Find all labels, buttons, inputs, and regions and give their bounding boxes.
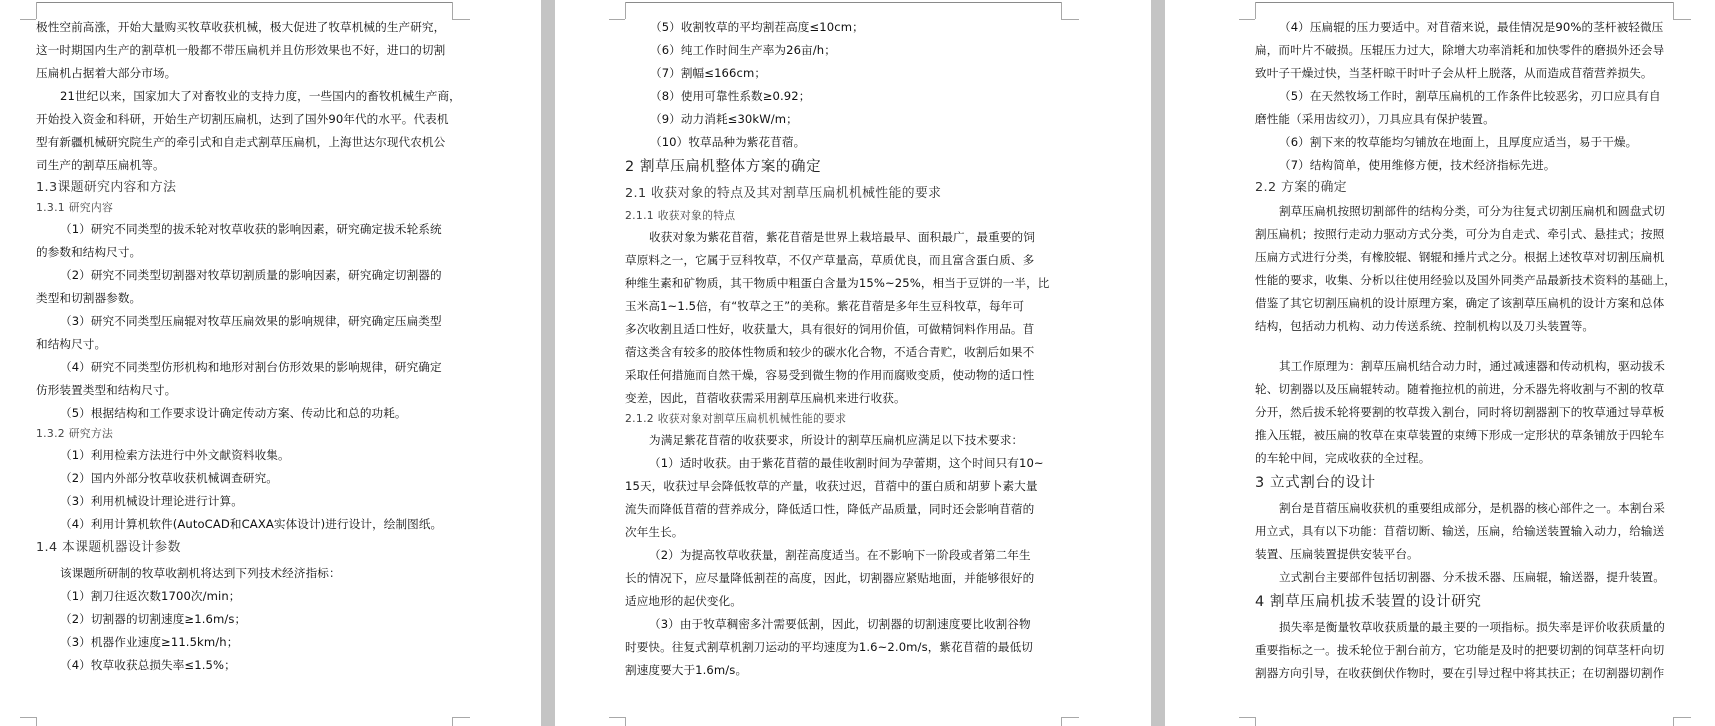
section-heading: 2.1.2 收获对象对割草压扁机机械性能的要求 [625,411,846,427]
paragraph-line: （4）利用计算机软件(AutoCAD和CAXA实体设计)进行设计，绘制图纸。 [60,516,442,532]
paragraph-line: 割台是苜蓿压扁收获机的重要组成部分，是机器的核心部件之一。本割台采 [1279,500,1665,516]
paragraph-line: （3）由于牧草稠密多汁需要低割，因此，切割器的切割速度要比收割谷物 [649,616,1031,632]
section-heading: 1.4 本课题机器设计参数 [36,540,181,556]
paragraph-line: （5）在天然牧场工作时，割草压扁机的工作条件比较恶劣，刃口应具有自 [1279,88,1661,104]
paragraph-line: 割压扁机；按照行走动力驱动方式分类，可分为自走式、牵引式、悬挂式；按照 [1255,226,1664,242]
paragraph-line: 类型和切割器参数。 [36,290,141,306]
paragraph-line: （4）研究不同类型仿形机构和地形对割台仿形效果的影响规律，研究确定 [60,359,442,375]
section-heading: 2.2 方案的确定 [1255,180,1347,196]
paragraph-line: 割草压扁机按照切割部件的结构分类，可分为往复式切割压扁机和圆盘式切 [1279,203,1665,219]
paragraph-line: 分开，然后拔禾轮将要割的牧草拨入割台，同时将切割器割下的牧草通过导草板 [1255,404,1664,420]
section-heading: 3 立式割台的设计 [1255,475,1376,491]
document-page-3: （4）压扁辊的压力要适中。对苜蓿来说，最佳情况是90%的茎杆被轻微压扁，而叶片不… [1165,0,1715,726]
section-heading: 2.1.1 收获对象的特点 [625,208,735,224]
paragraph-line: 时要快。往复式割草机割刀运动的平均速度为1.6~2.0m/s，紫花苜蓿的最低切 [625,639,1033,655]
paragraph-line: 借鉴了其它切割压扁机的设计原理方案，确定了该割草压扁机的设计方案和总体 [1255,295,1664,311]
paragraph-line: 仿形装置类型和结构尺寸。 [36,382,176,398]
paragraph-line: 司生产的割草压扁机等。 [36,157,165,173]
paragraph-line: 次年生长。 [625,524,683,540]
paragraph-line: （3）利用机械设计理论进行计算。 [60,493,243,509]
paragraph-line: 开始投入资金和科研，开始生产切割压扁机，达到了国外90年代的水平。代表机 [36,111,449,127]
document-page-2: （5）收割牧草的平均割茬高度≤10cm；（6）纯工作时间生产率为26亩/h；（7… [555,0,1151,726]
paragraph-line: 多次收割且适口性好，收获量大，具有很好的饲用价值，可做精饲料作用品。苜 [625,321,1034,337]
paragraph-line: 采取任何措施而自然干燥，容易受到微生物的作用而腐败变质，使动物的适口性 [625,367,1034,383]
page-top-edge [1255,2,1673,3]
paragraph-line: 其工作原理为：割草压扁机结合动力时，通过减速器和传动机构，驱动拔禾 [1279,358,1665,374]
paragraph-line: （2）研究不同类型切割器对牧草切割质量的影响因素，研究确定切割器的 [60,267,442,283]
paragraph-line: 为满足紫花苜蓿的收获要求，所设计的割草压扁机应满足以下技术要求： [649,432,1023,448]
paragraph-line: （5）根据结构和工作要求设计确定传动方案、传动比和总的功耗。 [60,405,407,421]
paragraph-line: 重要指标之一。拔禾轮位于割台前方，它功能是及时的把要切割的饲草茎杆向切 [1255,642,1664,658]
paragraph-line: 损失率是衡量牧草收获质量的最主要的一项指标。损失率是评价收获质量的 [1279,619,1665,635]
paragraph-line: 极性空前高涨，开始大量购买牧草收获机械，极大促进了牧草机械的生产研究， [36,19,445,35]
paragraph-line: 蓿这类含有较多的胶体性物质和较少的碳水化合物，不适合青贮，收割后如果不 [625,344,1034,360]
paragraph-line: 长的情况下，应尽量降低割茬的高度，因此，切割器应紧贴地面，并能够很好的 [625,570,1034,586]
section-heading: 2 割草压扁机整体方案的确定 [625,159,821,175]
section-heading: 1.3.2 研究方法 [36,426,113,442]
paragraph-line: 推入压辊，被压扁的牧草在束草装置的束缚下形成一定形状的草条铺放于四轮车 [1255,427,1664,443]
paragraph-line: 的参数和结构尺寸。 [36,244,141,260]
paragraph-line: （9）动力消耗≤30kW/m； [650,111,798,127]
paragraph-line: （2）为提高牧草收获量，割茬高度适当。在不影响下一阶段或者第二年生 [649,547,1031,563]
paragraph-line: （10）牧草品种为紫花苜蓿。 [650,134,805,150]
page-top-edge [36,2,452,3]
section-heading: 1.3.1 研究内容 [36,200,113,216]
section-heading: 4 割草压扁机拔禾装置的设计研究 [1255,594,1481,610]
paragraph-line: 装置、压扁装置提供安装平台。 [1255,546,1419,562]
paragraph-line: （3）研究不同类型压扁辊对牧草压扁效果的影响规律，研究确定压扁类型 [60,313,442,329]
paragraph-line: （8）使用可靠性系数≥0.92； [650,88,810,104]
paragraph-line: （4）压扁辊的压力要适中。对苜蓿来说，最佳情况是90%的茎杆被轻微压 [1279,19,1663,35]
paragraph-line: （2）切割器的切割速度≥1.6m/s； [60,611,246,627]
paragraph-line: 流失而降低苜蓿的营养成分，降低适口性，降低产品质量，同时还会影响苜蓿的 [625,501,1034,517]
paragraph-line: （6）割下来的牧草能均匀铺放在地面上，且厚度应适当，易于干燥。 [1279,134,1637,150]
paragraph-line: 15天，收获过早会降低牧草的产量，收获过迟，苜蓿中的蛋白质和胡萝卜素大量 [625,478,1038,494]
page-gap-1 [541,0,555,726]
paragraph-line: 变差，因此，苜蓿收获需采用割草压扁机来进行收获。 [625,390,906,406]
section-heading: 2.1 收获对象的特点及其对割草压扁机机械性能的要求 [625,186,941,202]
paragraph-line: （1）利用检索方法进行中外文献资料收集。 [60,447,290,463]
paragraph-line: （1）割刀往返次数1700次/min； [60,588,241,604]
paragraph-line: 结构，包括动力机构、动力传送系统、控制机构以及刀头装置等。 [1255,318,1594,334]
page-gap-2 [1151,0,1165,726]
paragraph-line: 种维生素和矿物质，其干物质中粗蛋白含量为15%~25%，相当于豆饼的一半，比 [625,275,1049,291]
paragraph-line: 草原料之一，它属于豆科牧草，不仅产草量高，草质优良，而且富含蛋白质、多 [625,252,1034,268]
paragraph-line: 扁，而叶片不破损。压辊压力过大，除增大功率消耗和加快零件的磨损外还会导 [1255,42,1664,58]
paragraph-line: 收获对象为紫花苜蓿，紫花苜蓿是世界上栽培最早、面积最广，最重要的饲 [649,229,1035,245]
paragraph-line: （2）国内外部分牧草收获机械调查研究。 [60,470,278,486]
paragraph-line: 这一时期国内生产的割草机一般都不带压扁机并且仿形效果也不好，进口的切割 [36,42,445,58]
section-heading: 1.3课题研究内容和方法 [36,180,176,196]
document-page-1: 极性空前高涨，开始大量购买牧草收获机械，极大促进了牧草机械的生产研究，这一时期国… [0,0,541,726]
paragraph-line: 压扁方式进行分类，有橡胶辊、钢辊和捶片式之分。根据上述牧草对切割压扁机 [1255,249,1664,265]
paragraph-line: （1）适时收获。由于紫花苜蓿的最佳收割时间为孕蕾期，这个时间只有10~ [649,455,1044,471]
paragraph-line: （7）割幅≤166cm； [650,65,766,81]
paragraph-line: 该课题所研制的牧草收割机将达到下列技术经济指标： [60,565,341,581]
paragraph-line: 适应地形的起伏变化。 [625,593,742,609]
paragraph-line: 割速度要大于1.6m/s。 [625,662,747,678]
paragraph-line: 玉米高1~1.5倍，有“牧草之王”的美称。紫花苜蓿是多年生豆科牧草，每年可 [625,298,1024,314]
paragraph-line: 的车轮中间，完成收获的全过程。 [1255,450,1430,466]
paragraph-line: 和结构尺寸。 [36,336,106,352]
paragraph-line: 用立式，具有以下功能：苜蓿切断、输送，压扁，给输送装置输入动力，给输送 [1255,523,1664,539]
paragraph-line: （6）纯工作时间生产率为26亩/h； [650,42,836,58]
paragraph-line: （3）机器作业速度≥11.5km/h； [60,634,238,650]
paragraph-line: 致叶子干燥过快，当茎杆晾干时叶子会从杆上脱落，从而造成苜蓿营养损失。 [1255,65,1653,81]
paragraph-line: 21世纪以来，国家加大了对畜牧业的支持力度，一些国内的畜牧机械生产商， [60,88,461,104]
paragraph-line: （5）收割牧草的平均割茬高度≤10cm； [650,19,864,35]
page-top-edge [625,2,1061,3]
paragraph-line: （1）研究不同类型的拔禾轮对牧草收获的影响因素，研究确定拔禾轮系统 [60,221,442,237]
paragraph-line: 轮、切割器以及压扁辊转动。随着拖拉机的前进，分禾器先将收割与不割的牧草 [1255,381,1664,397]
paragraph-line: 型有新疆机械研究院生产的牵引式和自走式割草压扁机，上海世达尔现代农机公 [36,134,445,150]
paragraph-line: 压扁机占据着大部分市场。 [36,65,176,81]
paragraph-line: （7）结构简单，使用维修方便，技术经济指标先进。 [1279,157,1555,173]
paragraph-line: 磨性能（采用齿纹刃），刀具应具有保护装置。 [1255,111,1495,127]
paragraph-line: 性能的要求，收集、分析以往使用经验以及国外同类产品最新技术资料的基础上， [1255,272,1676,288]
paragraph-line: 立式割台主要部件包括切割器、分禾拔禾器、压扁辊，输送器，提升装置。 [1279,569,1665,585]
paragraph-line: 割器方向引导，在收获倒伏作物时，要在引导过程中将其扶正；在切割器切割作 [1255,665,1664,681]
paragraph-line: （4）牧草收获总损失率≤1.5%； [60,657,236,673]
